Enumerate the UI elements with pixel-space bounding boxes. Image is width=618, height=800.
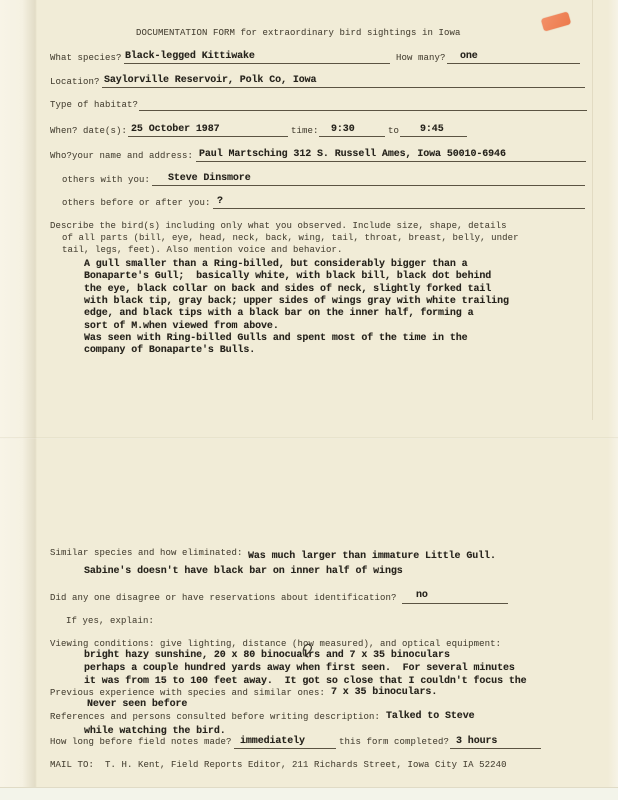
species-label: What species?: [50, 53, 122, 63]
describe-prompt-line: of all parts (bill, eye, head, neck, bac…: [62, 233, 519, 243]
disagree-value: no: [416, 590, 428, 601]
habitat-underline: [139, 110, 587, 111]
if-yes-label: If yes, explain:: [66, 616, 154, 626]
viewing-answer-line: bright hazy sunshine, 20 x 80 binocualrs…: [84, 650, 450, 661]
describe-answer-line: the eye, black collar on back and sides …: [84, 284, 491, 295]
page-left-edge: [0, 0, 37, 800]
time-from-underline: [319, 136, 385, 137]
species-underline: [124, 63, 390, 64]
describe-answer-line: Was seen with Ring-billed Gulls and spen…: [84, 333, 468, 344]
paper-crease-vertical: [592, 0, 593, 420]
disagree-underline: [402, 603, 508, 604]
form-completed-underline: [450, 748, 541, 749]
time-to-underline: [400, 136, 467, 137]
time-label: time:: [291, 126, 319, 136]
how-many-label: How many?: [396, 53, 446, 63]
when-value: 25 October 1987: [131, 124, 220, 135]
location-underline: [102, 87, 585, 88]
describe-prompt-line: Describe the bird(s) including only what…: [50, 221, 507, 231]
similar-species-answer-line: Sabine's doesn't have black bar on inner…: [84, 566, 403, 577]
others-with-underline: [152, 185, 585, 186]
page-title: DOCUMENTATION FORM for extraordinary bir…: [136, 28, 461, 38]
previous-experience-label: Previous experience with species and sim…: [50, 688, 325, 698]
describe-answer-line: company of Bonaparte's Bulls.: [84, 345, 255, 356]
describe-answer-line: A gull smaller than a Ring-billed, but c…: [84, 259, 468, 270]
location-label: Location?: [50, 77, 100, 87]
viewing-conditions-label: Viewing conditions: give lighting, dista…: [50, 639, 501, 649]
scanned-document-page: DOCUMENTATION FORM for extraordinary bir…: [0, 0, 618, 800]
references-inline-value: Talked to Steve: [386, 711, 475, 722]
time-from-value: 9:30: [331, 124, 355, 135]
form-completed-value: 3 hours: [456, 736, 497, 747]
time-to-value: 9:45: [420, 124, 444, 135]
others-with-label: others with you:: [62, 175, 150, 185]
viewing-answer-line: it was from 15 to 100 feet away. It got …: [84, 676, 527, 687]
previous-experience-inline-value: 7 x 35 binoculars.: [331, 687, 437, 698]
location-value: Saylorville Reservoir, Polk Co, Iowa: [104, 75, 316, 86]
previous-experience-answer-line: Never seen before: [87, 699, 187, 710]
others-before-underline: [213, 208, 585, 209]
disagree-label: Did any one disagree or have reservation…: [50, 593, 397, 603]
orange-sticker-mark: [541, 11, 571, 31]
mail-to-line: MAIL TO: T. H. Kent, Field Reports Edito…: [50, 760, 507, 770]
how-many-underline: [447, 63, 580, 64]
others-with-value: Steve Dinsmore: [168, 173, 251, 184]
references-label: References and persons consulted before …: [50, 712, 380, 722]
field-notes-underline: [234, 748, 336, 749]
who-underline: [196, 161, 586, 162]
how-many-value: one: [460, 51, 478, 62]
handwritten-correction-mark: [301, 641, 315, 658]
similar-species-answer-line: Was much larger than immature Little Gul…: [248, 551, 496, 562]
species-value: Black-legged Kittiwake: [125, 51, 255, 62]
when-underline: [128, 136, 288, 137]
others-before-value: ?: [217, 196, 223, 207]
field-notes-made-label: How long before field notes made?: [50, 737, 232, 747]
describe-answer-line: sort of M.when viewed from above.: [84, 321, 279, 332]
describe-answer-line: edge, and black tips with a black bar on…: [84, 308, 473, 319]
page-bottom-edge: [0, 787, 618, 800]
describe-answer-line: with black tip, gray back; upper sides o…: [84, 296, 509, 307]
viewing-answer-line: perhaps a couple hundred yards away when…: [84, 663, 515, 674]
similar-species-label: Similar species and how eliminated:: [50, 548, 243, 558]
who-label: Who?your name and address:: [50, 151, 193, 161]
field-notes-made-value: immediately: [240, 736, 305, 747]
form-completed-label: this form completed?: [339, 737, 449, 747]
describe-prompt-line: tail, legs, feet). Also mention voice an…: [62, 245, 343, 255]
others-before-label: others before or after you:: [62, 198, 211, 208]
paper-crease-horizontal: [0, 437, 618, 439]
who-value: Paul Martsching 312 S. Russell Ames, Iow…: [199, 149, 506, 160]
when-label: When? date(s):: [50, 126, 127, 136]
page-right-edge: [608, 0, 618, 800]
references-answer-line: while watching the bird.: [84, 726, 226, 737]
habitat-label: Type of habitat?: [50, 100, 138, 110]
describe-answer-line: Bonaparte's Gull; basically white, with …: [84, 271, 491, 282]
time-to-label: to: [388, 126, 399, 136]
